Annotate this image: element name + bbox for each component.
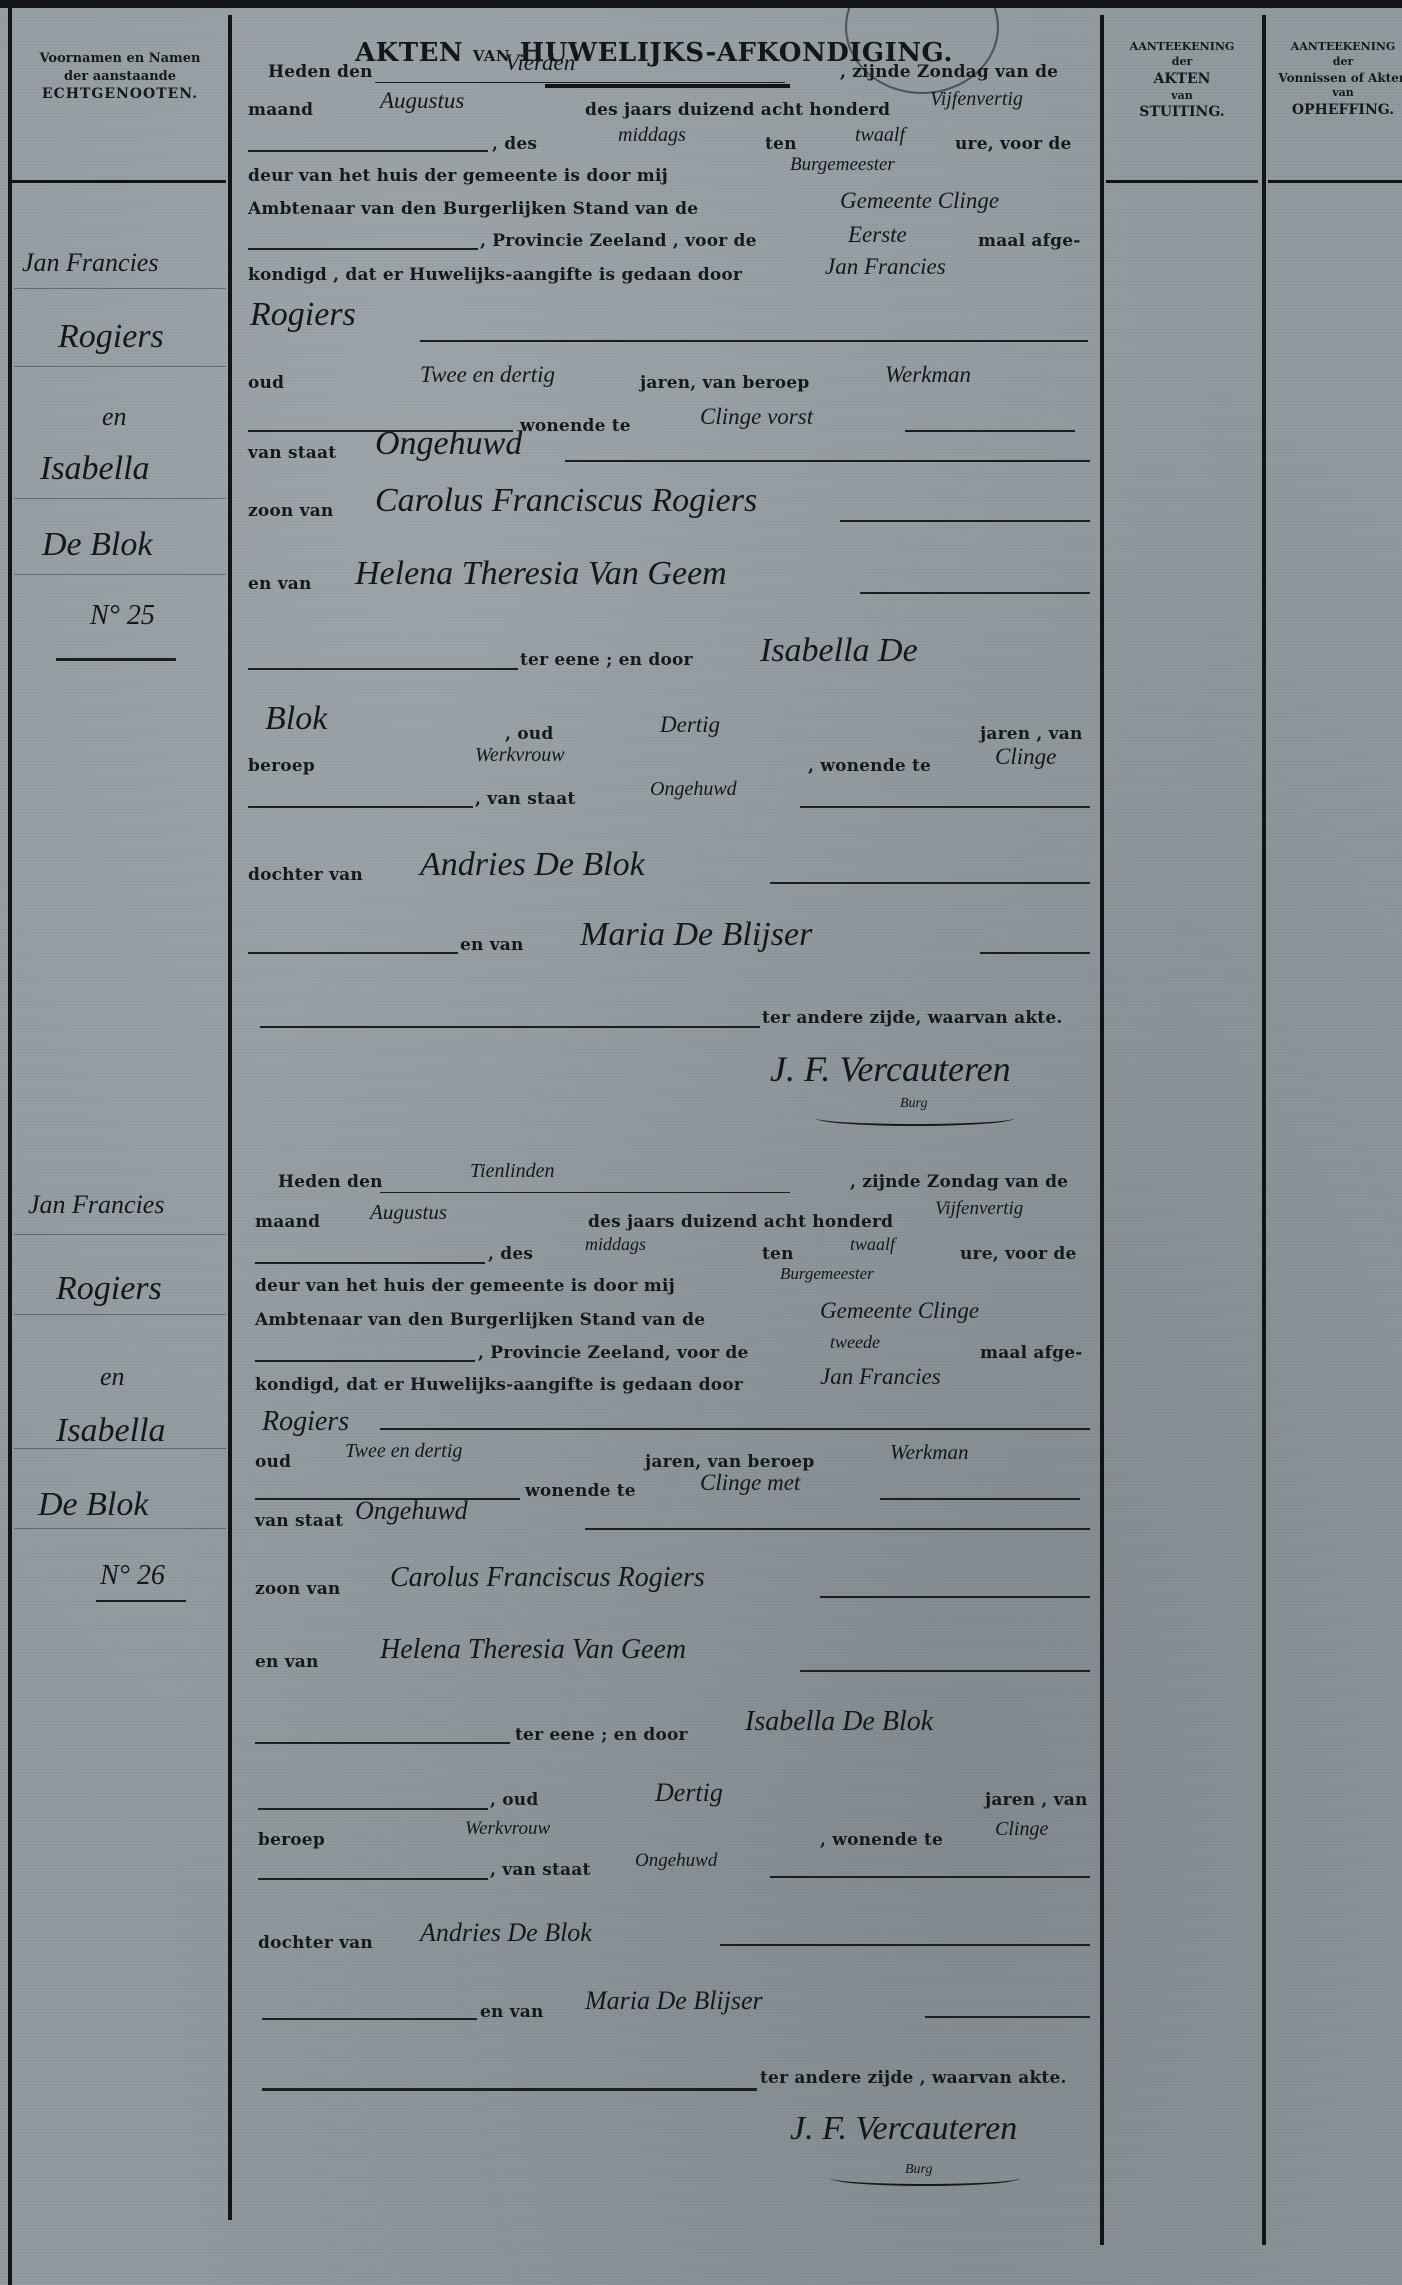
fill-line	[248, 668, 518, 670]
r1-hour: twaalf	[855, 124, 905, 147]
r2-official: Burgemeester	[780, 1264, 874, 1284]
record-1-bride-first: Isabella	[40, 450, 150, 488]
left-guide	[14, 366, 226, 367]
r1-bride-occupation: Werkvrouw	[475, 744, 565, 767]
stuiting-header-line3: AKTEN	[1106, 70, 1258, 89]
r2-groom-mother: Helena Theresia Van Geem	[380, 1634, 686, 1666]
r2-ter-eene: ter eene ; en door	[515, 1725, 688, 1745]
fill-line	[980, 952, 1090, 954]
r2-wonende: wonende te	[525, 1481, 636, 1501]
r2-bride-given: Isabella De Blok	[745, 1706, 933, 1738]
r2-zoon-van: zoon van	[255, 1579, 340, 1599]
r2-ambtenaar: Ambtenaar van den Burgerlijken Stand van…	[255, 1310, 705, 1330]
record-1-number: N° 25	[90, 600, 155, 632]
r2-month: Augustus	[370, 1200, 447, 1225]
r1-month: Augustus	[380, 88, 464, 114]
r1-ter-eene: ter eene ; en door	[520, 650, 693, 670]
r1-maand: maand	[248, 100, 313, 120]
opheffing-column-header: AANTEEKENING der Vonnissen of Akten van …	[1268, 40, 1402, 120]
record-1-conj: en	[102, 402, 127, 432]
fill-line	[860, 592, 1090, 594]
r1-en-van2: en van	[460, 935, 524, 955]
record-2-bride-last: De Blok	[38, 1486, 148, 1524]
r1-times: Eerste	[848, 222, 907, 248]
stuiting-header-line5: STUITING.	[1106, 103, 1258, 122]
r1-ten: ten	[765, 134, 797, 154]
fill-line	[380, 1428, 1090, 1430]
r2-jaren-beroep: jaren, van beroep	[645, 1452, 814, 1472]
fill-line	[380, 1192, 790, 1193]
fill-line	[248, 150, 488, 152]
record-2-groom-first: Jan Francies	[28, 1190, 164, 1220]
opheffing-header-line4: van	[1268, 86, 1402, 101]
r2-dochter-van: dochter van	[258, 1933, 373, 1953]
names-column-divider	[228, 15, 232, 2220]
r2-groom-status: Ongehuwd	[355, 1496, 468, 1526]
r2-des: , des	[488, 1244, 533, 1264]
top-border	[0, 0, 1402, 8]
r1-time-of-day: middags	[618, 124, 686, 147]
r1-provincie: , Provincie Zeeland , voor de	[480, 231, 757, 251]
r1-groom-mother: Helena Theresia Van Geem	[355, 555, 727, 593]
fill-line	[880, 1498, 1080, 1500]
r2-bride-mother: Maria De Blijser	[585, 1986, 763, 2016]
signature-flourish	[815, 1110, 1015, 1126]
r1-kondigd: kondigd , dat er Huwelijks-aangifte is g…	[248, 265, 742, 285]
r1-groom-given: Jan Francies	[825, 254, 946, 280]
opheffing-header-line1: AANTEEKENING	[1268, 40, 1402, 55]
r1-des-jaars: des jaars duizend acht honderd	[585, 100, 890, 120]
stuiting-column-header: AANTEEKENING der AKTEN van STUITING.	[1106, 40, 1258, 122]
r2-jaren-van: jaren , van	[985, 1790, 1088, 1810]
r1-groom-status: Ongehuwd	[375, 425, 522, 463]
r2-heden: Heden den	[278, 1172, 383, 1192]
left-guide	[14, 1314, 226, 1315]
fill-line	[420, 340, 1088, 342]
r1-jaren-beroep: jaren, van beroep	[640, 373, 809, 393]
r2-signature: J. F. Vercauteren	[790, 2110, 1017, 2148]
fill-line	[925, 2016, 1090, 2018]
r1-deur: deur van het huis der gemeente is door m…	[248, 166, 668, 186]
r1-bride-status: Ongehuwd	[650, 778, 737, 801]
names-header-line3: ECHTGENOOTEN.	[14, 85, 226, 104]
fill-line	[820, 1596, 1090, 1598]
fill-line	[905, 430, 1075, 432]
r1-des: , des	[492, 134, 537, 154]
r2-bride-occupation: Werkvrouw	[465, 1818, 550, 1840]
r2-groom-age: Twee en dertig	[345, 1440, 462, 1463]
fill-line	[375, 82, 785, 83]
r2-municipality: Gemeente Clinge	[820, 1298, 979, 1324]
r1-bride-father: Andries De Blok	[420, 846, 645, 884]
record-1-groom-last: Rogiers	[58, 318, 164, 356]
r2-provincie: , Provincie Zeeland, voor de	[478, 1343, 749, 1363]
r2-en-van: en van	[255, 1652, 319, 1672]
left-guide	[14, 498, 226, 499]
r2-year: Vijfenvertig	[935, 1198, 1023, 1220]
r1-dochter-van: dochter van	[248, 865, 363, 885]
left-header-rule	[12, 180, 226, 183]
main-column-divider	[1100, 15, 1104, 2245]
r2-bride-residence: Clinge	[995, 1818, 1048, 1841]
fill-line	[720, 1944, 1090, 1946]
r1-jaren-van: jaren , van	[980, 724, 1083, 744]
r2-beroep: beroep	[258, 1830, 325, 1850]
r1-groom-age: Twee en dertig	[420, 362, 555, 388]
left-guide	[14, 1234, 226, 1235]
r2-wonende2: , wonende te	[820, 1830, 943, 1850]
r2-maand: maand	[255, 1212, 320, 1232]
fill-line	[770, 882, 1090, 884]
r2-kondigd: kondigd, dat er Huwelijks-aangifte is ge…	[255, 1375, 743, 1395]
r1-bride-age: Dertig	[660, 712, 720, 738]
stuiting-header-line4: van	[1106, 89, 1258, 104]
r1-bride-residence: Clinge	[995, 744, 1056, 770]
r2-oud2: , oud	[490, 1790, 538, 1810]
r2-oud: oud	[255, 1452, 291, 1472]
fill-line	[258, 1878, 488, 1880]
r1-ambtenaar: Ambtenaar van den Burgerlijken Stand van…	[248, 199, 698, 219]
r1-signature: J. F. Vercauteren	[770, 1048, 1011, 1090]
r2-groom-occupation: Werkman	[890, 1440, 969, 1465]
fill-line	[262, 2018, 477, 2020]
r1-day: Vierden	[505, 50, 575, 76]
r2-bride-status: Ongehuwd	[635, 1850, 717, 1872]
r2-bride-father: Andries De Blok	[420, 1918, 592, 1948]
fill-line	[258, 1808, 488, 1810]
r2-en-van2: en van	[480, 2002, 544, 2022]
r2-groom-given: Jan Francies	[820, 1364, 941, 1390]
record-2-groom-last: Rogiers	[56, 1270, 162, 1308]
opheffing-header-line5: OPHEFFING.	[1268, 101, 1402, 120]
r1-groom-residence: Clinge vorst	[700, 404, 813, 430]
r1-heden: Heden den	[268, 62, 373, 82]
r1-oud2: , oud	[505, 724, 553, 744]
r1-groom-surname: Rogiers	[250, 296, 356, 334]
fill-line	[585, 1528, 1090, 1530]
r1-van-staat: van staat	[248, 443, 336, 463]
r1-wonende2: , wonende te	[808, 756, 931, 776]
r2-des-jaars: des jaars duizend acht honderd	[588, 1212, 893, 1232]
left-guide	[14, 574, 226, 575]
r1-bride-surname: Blok	[265, 700, 327, 738]
fill-line	[800, 1670, 1090, 1672]
r2-zijnde: , zijnde Zondag van de	[850, 1172, 1068, 1192]
fill-line	[248, 248, 478, 250]
register-page: Voornamen en Namen der aanstaande ECHTGE…	[0, 0, 1402, 2285]
r2-hour: twaalf	[850, 1234, 895, 1255]
r1-municipality: Gemeente Clinge	[840, 188, 999, 214]
names-header-line1: Voornamen en Namen	[14, 50, 226, 68]
r1-oud: oud	[248, 373, 284, 393]
r1-van-staat2: , van staat	[475, 789, 576, 809]
outer-left-border	[8, 0, 12, 2285]
r2-van-staat: van staat	[255, 1511, 343, 1531]
record-2-bride-first: Isabella	[56, 1412, 166, 1450]
stuiting-header-line1: AANTEEKENING	[1106, 40, 1258, 55]
r1-groom-father: Carolus Franciscus Rogiers	[375, 482, 757, 520]
r2-bride-age: Dertig	[655, 1778, 723, 1808]
r2-ten: ten	[762, 1244, 794, 1264]
r1-ure: ure, voor de	[955, 134, 1072, 154]
r2-groom-surname: Rogiers	[262, 1406, 349, 1438]
fill-line	[262, 2088, 757, 2091]
r1-beroep: beroep	[248, 756, 315, 776]
r2-times: tweede	[830, 1332, 880, 1353]
left-guide	[14, 1528, 226, 1529]
r1-wonende: wonende te	[520, 416, 631, 436]
r1-groom-occupation: Werkman	[885, 362, 971, 388]
r1-year: Vijfenvertig	[930, 88, 1023, 111]
stuiting-header-line2: der	[1106, 55, 1258, 70]
fill-line	[770, 1876, 1090, 1878]
r1-zoon-van: zoon van	[248, 501, 333, 521]
names-column-header: Voornamen en Namen der aanstaande ECHTGE…	[14, 50, 226, 104]
fill-line	[255, 1742, 510, 1744]
fill-line	[248, 806, 473, 808]
fill-line	[800, 806, 1090, 808]
fill-line	[255, 1360, 475, 1362]
number-underline	[96, 1600, 186, 1602]
record-1-bride-last: De Blok	[42, 526, 152, 564]
r2-maal: maal afge-	[980, 1343, 1082, 1363]
r2-day: Tienlinden	[470, 1160, 554, 1183]
r1-zijnde: , zijnde Zondag van de	[840, 62, 1058, 82]
r2-groom-residence: Clinge met	[700, 1470, 800, 1496]
r2-ure: ure, voor de	[960, 1244, 1077, 1264]
r2-groom-father: Carolus Franciscus Rogiers	[390, 1562, 705, 1594]
fill-line	[248, 952, 458, 954]
r2-time-of-day: middags	[585, 1234, 646, 1255]
r1-ter-andere: ter andere zijde, waarvan akte.	[762, 1008, 1063, 1028]
record-2-number: N° 26	[100, 1560, 165, 1592]
opheffing-header-line2: der	[1268, 55, 1402, 70]
stuiting-column-divider	[1262, 15, 1266, 2245]
r2-deur: deur van het huis der gemeente is door m…	[255, 1276, 675, 1296]
title-underline	[545, 84, 790, 88]
number-underline	[56, 658, 176, 661]
record-2-conj: en	[100, 1362, 125, 1392]
fill-line	[255, 1262, 485, 1264]
r2-van-staat2: , van staat	[490, 1860, 591, 1880]
stuiting-header-rule	[1106, 180, 1258, 183]
record-1-groom-first: Jan Francies	[22, 248, 158, 278]
r1-maal: maal afge-	[978, 231, 1080, 251]
r1-en-van: en van	[248, 574, 312, 594]
left-guide	[14, 288, 226, 289]
fill-line	[565, 460, 1090, 462]
opheffing-header-rule	[1268, 180, 1402, 183]
opheffing-header-line3: Vonnissen of Akten	[1268, 70, 1402, 86]
fill-line	[840, 520, 1090, 522]
r1-official: Burgemeester	[790, 154, 895, 176]
r1-bride-given: Isabella De	[760, 632, 918, 670]
r1-bride-mother: Maria De Blijser	[580, 916, 812, 954]
left-guide	[14, 1448, 226, 1449]
fill-line	[260, 1026, 760, 1028]
names-header-line2: der aanstaande	[14, 68, 226, 86]
r2-ter-andere: ter andere zijde , waarvan akte.	[760, 2068, 1067, 2088]
signature-flourish	[830, 2170, 1020, 2186]
